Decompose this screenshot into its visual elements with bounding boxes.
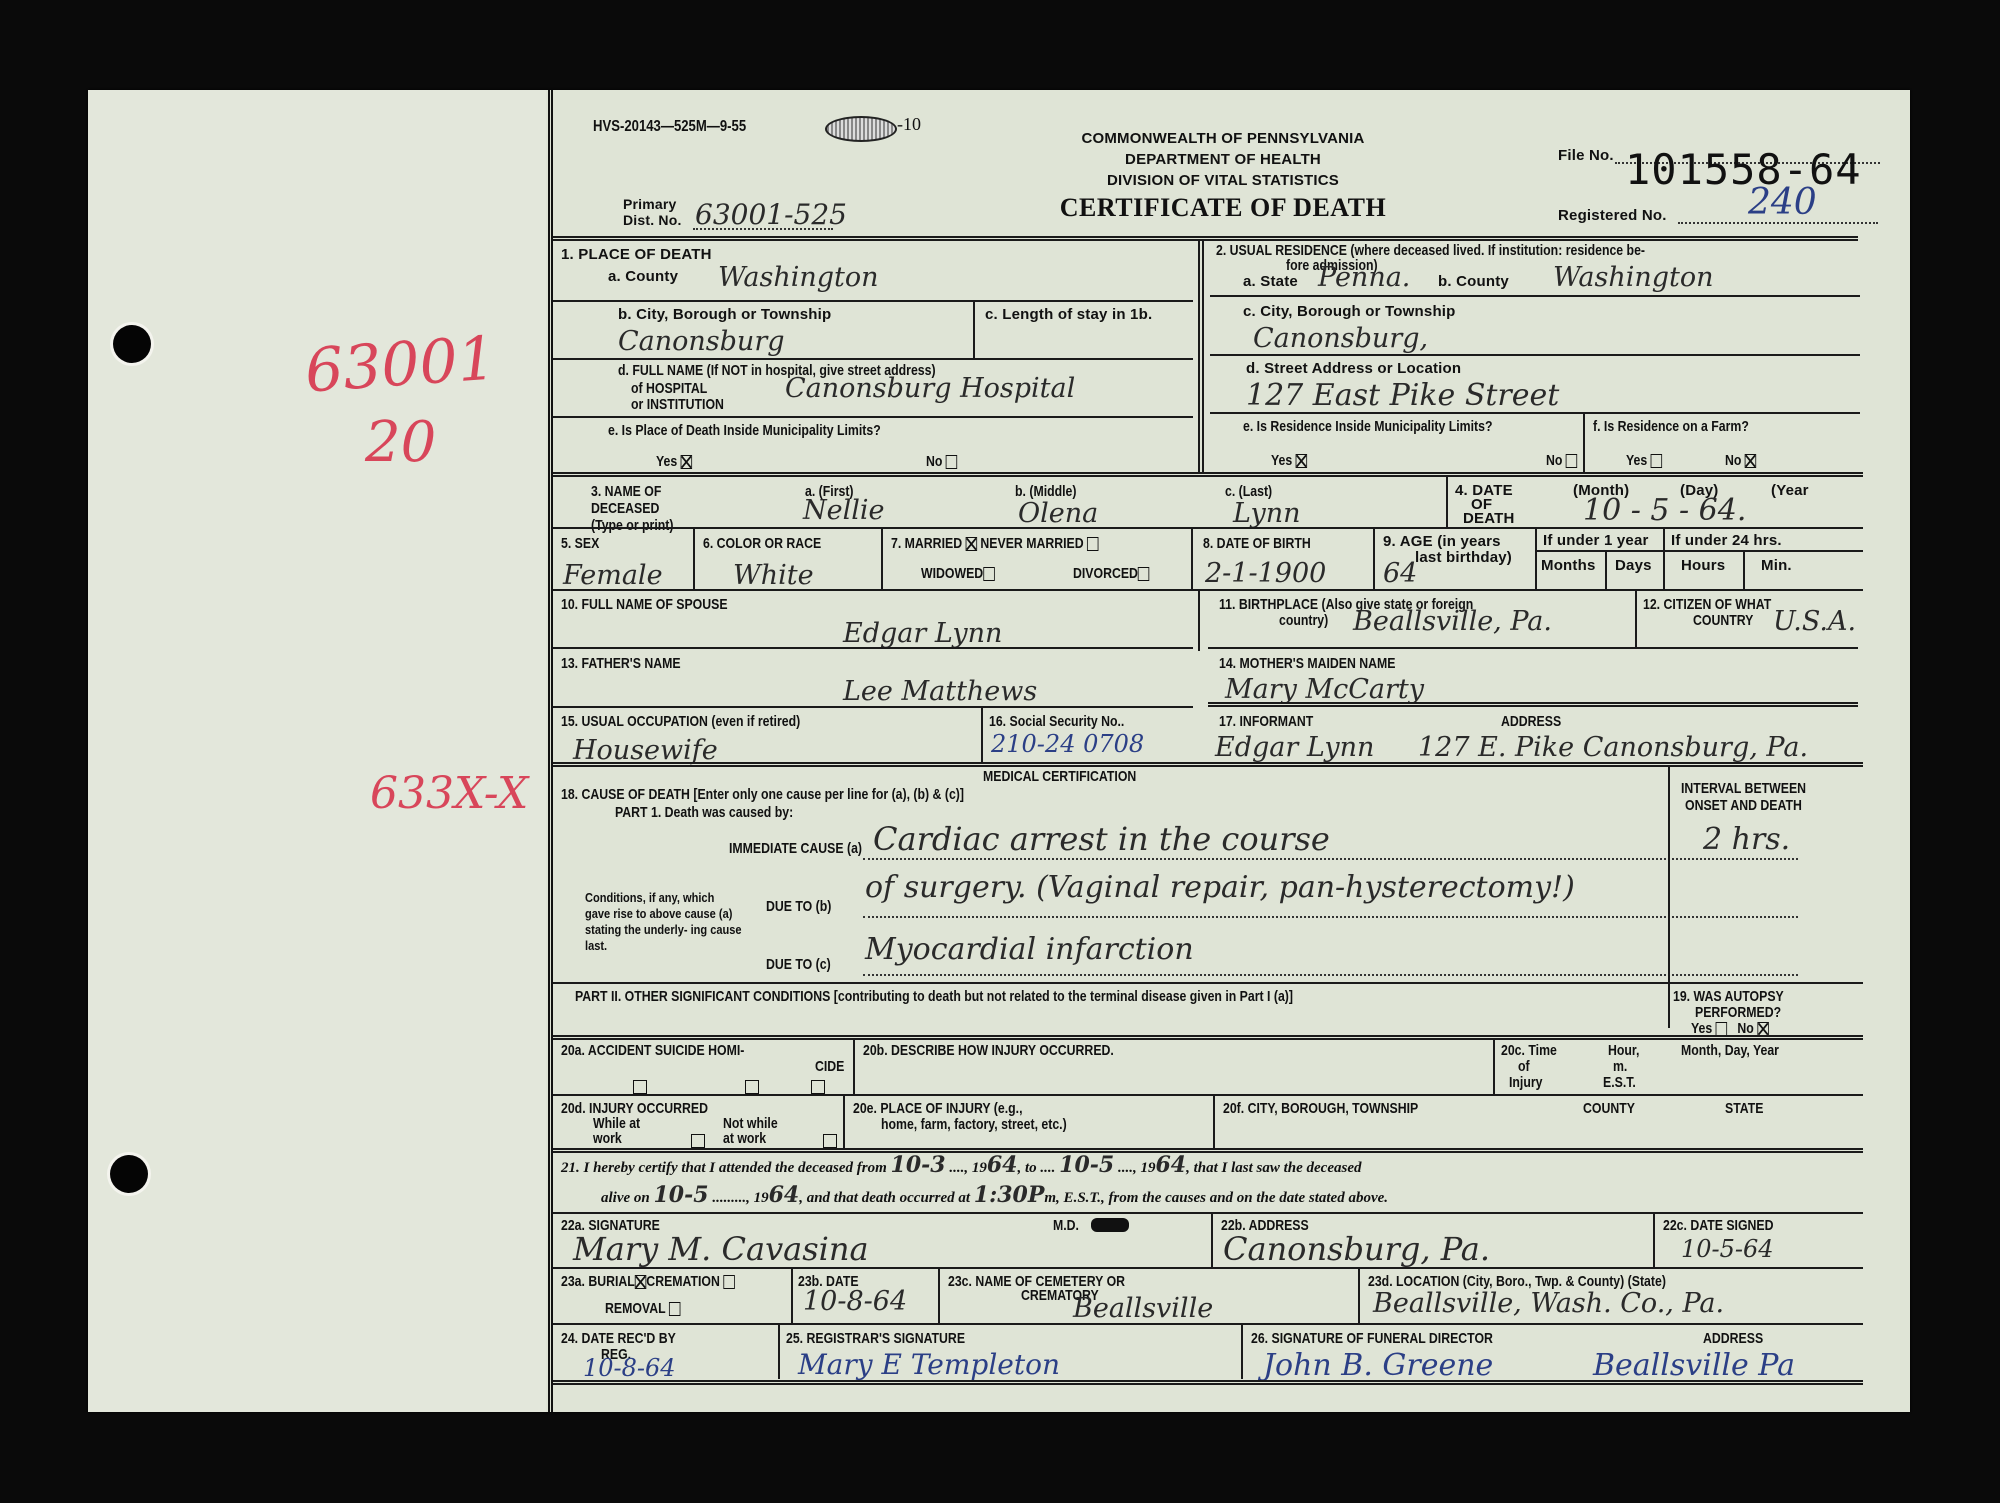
rule: [553, 358, 1193, 360]
no-label: No: [1546, 452, 1562, 469]
rule: [1208, 702, 1858, 707]
rule: [863, 916, 1798, 918]
agency-line-3: DIVISION OF VITAL STATISTICS: [983, 172, 1463, 189]
time-of-injury-label: 20c. Time: [1501, 1042, 1557, 1059]
rule: [791, 1267, 793, 1323]
rule: [553, 1094, 1863, 1096]
death-inside-limits-label: e. Is Place of Death Inside Municipality…: [608, 422, 881, 439]
physician-signature[interactable]: Mary M. Cavasina: [573, 1230, 869, 1268]
removal-checkbox[interactable]: [669, 1302, 680, 1316]
md-label: M.D.: [1053, 1217, 1079, 1234]
age-value[interactable]: 64: [1383, 558, 1417, 589]
rule: [1493, 1038, 1495, 1094]
autopsy-label: 19. WAS AUTOPSY: [1673, 988, 1784, 1005]
death-occurred-label: and that death occurred at: [807, 1190, 970, 1206]
rule: [778, 1323, 780, 1379]
punch-hole: [113, 325, 151, 363]
dob-label: 8. DATE OF BIRTH: [1203, 535, 1311, 552]
res-county-value[interactable]: Washington: [1553, 262, 1714, 293]
union-label-number: -10: [897, 114, 921, 135]
section-rule: [553, 1380, 1863, 1385]
rule: [973, 300, 975, 358]
date-of-death-value[interactable]: 10 - 5 - 64.: [1583, 493, 1746, 528]
death-city-label: b. City, Borough or Township: [618, 306, 831, 323]
funeral-director-label: 26. SIGNATURE OF FUNERAL DIRECTOR: [1251, 1330, 1493, 1347]
hospital-label-2: of HOSPITAL: [631, 380, 707, 397]
rule: [1198, 589, 1200, 651]
rule: [1210, 412, 1860, 414]
occupation-label: 15. USUAL OCCUPATION (even if retired): [561, 713, 800, 730]
registrar-signature[interactable]: Mary E Templeton: [798, 1348, 1060, 1381]
hour-label: Hour,: [1608, 1042, 1639, 1059]
form-number: HVS-20143—525M—9-55: [593, 118, 746, 136]
rule: [553, 1267, 1863, 1269]
rule: [1668, 766, 1670, 1028]
divorced-checkbox[interactable]: [1138, 567, 1149, 581]
m-label: m.: [1613, 1058, 1627, 1075]
race-value[interactable]: White: [733, 560, 814, 591]
min-label: Min.: [1761, 557, 1792, 574]
res-street-label: d. Street Address or Location: [1246, 360, 1461, 377]
rule: [1373, 527, 1375, 589]
death-city-value[interactable]: Canonsburg: [618, 326, 785, 357]
citizen-value[interactable]: U.S.A.: [1773, 606, 1856, 637]
deceased-name-label-3: (Type or print): [591, 517, 673, 534]
divorced-label: DIVORCED: [1073, 565, 1138, 582]
rule: [981, 706, 983, 762]
file-no-label: File No.: [1558, 147, 1614, 164]
burial-label: 23a. BURIAL: [561, 1273, 635, 1290]
homicide-checkbox[interactable]: [811, 1080, 825, 1094]
date-received-value[interactable]: 10-8-64: [583, 1354, 676, 1382]
death-county-value[interactable]: Washington: [718, 262, 879, 293]
res-inside-limits-label: e. Is Residence Inside Municipality Limi…: [1243, 418, 1492, 435]
month-day-year-label: Month, Day, Year: [1681, 1042, 1779, 1059]
punch-hole: [110, 1155, 148, 1193]
sex-value[interactable]: Female: [563, 560, 663, 591]
rule: [1358, 1267, 1360, 1323]
column-divider: [1198, 240, 1204, 472]
death-county-label: a. County: [608, 268, 678, 285]
time-of-injury-label-3: Injury: [1509, 1074, 1542, 1091]
death-inside-limits-yes-checkbox[interactable]: [681, 455, 692, 469]
rule: [1605, 550, 1607, 589]
rule: [863, 858, 1798, 860]
not-while-at-work-label: Not while at work: [723, 1116, 789, 1146]
funeral-address-label: ADDRESS: [1703, 1330, 1763, 1347]
no-label: No: [1725, 452, 1741, 469]
rule: [881, 527, 883, 589]
manner-label: 20a. ACCIDENT SUICIDE HOMI-: [561, 1042, 744, 1059]
registered-no-value: 240: [1748, 182, 1817, 223]
res-farm-label: f. Is Residence on a Farm?: [1593, 418, 1749, 435]
length-of-stay-label: c. Length of stay in 1b.: [985, 306, 1152, 323]
due-to-c-label: DUE TO (c): [766, 956, 831, 973]
deceased-name-label: 3. NAME OF: [591, 483, 661, 500]
due-to-c-value[interactable]: Myocardial infarction: [865, 932, 1194, 967]
res-state-value[interactable]: Penna.: [1318, 262, 1410, 293]
rule: [1191, 527, 1193, 589]
part1-label: PART 1. Death was caused by:: [615, 804, 793, 821]
rule: [553, 706, 1193, 708]
father-value[interactable]: Lee Matthews: [843, 676, 1037, 707]
dob-value[interactable]: 2-1-1900: [1205, 558, 1326, 589]
year-prefix: 19: [972, 1160, 987, 1176]
place-of-injury-label-2: home, farm, factory, street, etc.): [881, 1116, 1067, 1133]
est-text: m, E.S.T., from the causes and on the da…: [1044, 1190, 1388, 1206]
death-inside-limits-no-checkbox[interactable]: [946, 455, 957, 469]
mother-value[interactable]: Mary McCarty: [1225, 674, 1424, 705]
year-prefix: 19: [754, 1190, 769, 1206]
rule: [1210, 354, 1860, 356]
certificate-form: HVS-20143—525M—9-55 -10 COMMONWEALTH OF …: [548, 90, 1910, 1412]
rule: [553, 300, 1193, 302]
yes-label: Yes: [656, 453, 677, 470]
middle-name-value[interactable]: Olena: [1018, 498, 1098, 529]
birthplace-value[interactable]: Beallsville, Pa.: [1353, 606, 1552, 637]
hospital-value[interactable]: Canonsburg Hospital: [785, 373, 1075, 404]
while-at-work-checkbox[interactable]: [691, 1134, 705, 1148]
suicide-checkbox[interactable]: [745, 1080, 759, 1094]
rule: [1208, 647, 1858, 649]
attended-from-value[interactable]: 10-3: [891, 1152, 946, 1178]
manner-label-2: CIDE: [815, 1058, 844, 1075]
alive-on-year[interactable]: 64: [769, 1182, 800, 1208]
while-at-work-label: While at work: [593, 1116, 642, 1146]
part2-label: PART II. OTHER SIGNIFICANT CONDITIONS [c…: [575, 988, 1293, 1005]
cremation-checkbox[interactable]: [723, 1275, 734, 1289]
interval-label-2: ONSET AND DEATH: [1685, 797, 1802, 814]
medical-certification-heading: MEDICAL CERTIFICATION: [983, 768, 1136, 785]
rule: [853, 1038, 855, 1094]
rule: [1213, 1094, 1215, 1150]
section-rule: [553, 472, 1863, 477]
registrar-signature-label: 25. REGISTRAR'S SIGNATURE: [786, 1330, 965, 1347]
certify-text: 21. I hereby certify that I attended the…: [561, 1160, 887, 1176]
attended-to-year[interactable]: 64: [1155, 1152, 1186, 1178]
hospital-label-3: or INSTITUTION: [631, 396, 724, 413]
burial-date-value[interactable]: 10-8-64: [803, 1286, 907, 1317]
margin-district-code: 63001: [303, 323, 498, 406]
citizen-label-2: COUNTRY: [1693, 612, 1753, 629]
yes-label: Yes: [1626, 452, 1647, 469]
time-of-injury-label-2: of: [1518, 1058, 1530, 1075]
informant-address-value[interactable]: 127 E. Pike Canonsburg, Pa.: [1418, 732, 1808, 763]
removal-label: REMOVAL: [605, 1300, 665, 1317]
primary-dist-value: 63001-525: [695, 198, 847, 231]
file-no-value: 101558-64: [1625, 145, 1862, 194]
burial-location-value[interactable]: Beallsville, Wash. Co., Pa.: [1373, 1288, 1724, 1319]
alive-on-value[interactable]: 10-5: [654, 1182, 709, 1208]
redaction-mark: [1091, 1218, 1129, 1232]
injury-county-label: COUNTY: [1583, 1100, 1635, 1117]
rule: [863, 974, 1798, 976]
hours-label: Hours: [1681, 557, 1725, 574]
primary-dist-label-2: Dist. No.: [623, 212, 682, 228]
rule: [1583, 412, 1585, 472]
informant-address-label: ADDRESS: [1501, 713, 1561, 730]
rule: [553, 982, 1863, 984]
cause-of-death-label: 18. CAUSE OF DEATH [Enter only one cause…: [561, 786, 964, 803]
informant-label: 17. INFORMANT: [1219, 713, 1313, 730]
res-county-label: b. County: [1438, 273, 1509, 290]
res-farm-yes-checkbox[interactable]: [1651, 454, 1662, 468]
never-married-label: NEVER MARRIED: [980, 535, 1083, 552]
rule: [1446, 475, 1448, 527]
header-rule: [553, 236, 1858, 241]
yes-label: Yes: [1271, 452, 1292, 469]
widowed-label: WIDOWED: [921, 565, 983, 582]
rule: [1743, 550, 1745, 589]
rule: [693, 527, 695, 589]
rule: [553, 647, 1193, 649]
res-street-value[interactable]: 127 East Pike Street: [1246, 378, 1559, 413]
spouse-label: 10. FULL NAME OF SPOUSE: [561, 596, 728, 613]
rule: [1535, 527, 1537, 589]
section-rule: [553, 762, 1863, 767]
married-checkbox[interactable]: [966, 537, 977, 551]
age-label-2: last birthday): [1415, 549, 1512, 566]
place-of-injury-label: 20e. PLACE OF INJURY (e.g.,: [853, 1100, 1023, 1117]
citizen-label: 12. CITIZEN OF WHAT: [1643, 596, 1771, 613]
father-label: 13. FATHER'S NAME: [561, 655, 681, 672]
interval-label: INTERVAL BETWEEN: [1681, 780, 1806, 797]
autopsy-yes-checkbox[interactable]: [1716, 1022, 1727, 1036]
under-24-hours-label: If under 24 hrs.: [1671, 532, 1782, 549]
attended-from-year[interactable]: 64: [987, 1152, 1018, 1178]
rule: [938, 1267, 940, 1323]
rule: [1241, 1323, 1243, 1379]
interval-value[interactable]: 2 hrs.: [1703, 822, 1790, 857]
immediate-cause-label: IMMEDIATE CAUSE (a): [729, 840, 862, 857]
accident-checkbox[interactable]: [633, 1080, 647, 1094]
to-label: to: [1025, 1160, 1037, 1176]
cremation-label: CREMATION: [646, 1273, 720, 1290]
autopsy-no-checkbox[interactable]: [1757, 1022, 1768, 1036]
funeral-address-value[interactable]: Beallsville Pa: [1593, 1348, 1795, 1383]
ssn-label: 16. Social Security No..: [989, 713, 1124, 730]
physician-address-value[interactable]: Canonsburg, Pa.: [1223, 1230, 1490, 1268]
res-inside-limits-no-checkbox[interactable]: [1566, 454, 1577, 468]
rule: [1653, 1212, 1655, 1267]
no-label: No: [926, 453, 942, 470]
rule: [553, 1323, 1863, 1325]
margin-sub-code: 20: [365, 410, 436, 475]
rule: [553, 527, 1863, 529]
alive-on-label: alive on: [601, 1190, 650, 1206]
deceased-name-label-2: DECEASED: [591, 500, 659, 517]
place-of-death-label: 1. PLACE OF DEATH: [561, 246, 712, 263]
autopsy-label-2: PERFORMED?: [1695, 1004, 1781, 1021]
under-1-year-label: If under 1 year: [1543, 532, 1649, 549]
rule: [1635, 589, 1637, 647]
widowed-checkbox[interactable]: [983, 567, 994, 581]
res-farm-no-checkbox[interactable]: [1745, 454, 1756, 468]
rule: [1535, 550, 1863, 552]
spouse-value[interactable]: Edgar Lynn: [843, 618, 1002, 649]
not-while-at-work-checkbox[interactable]: [823, 1134, 837, 1148]
primary-dist-label: Primary: [623, 196, 677, 212]
months-label: Months: [1541, 557, 1596, 574]
injury-state-label: STATE: [1725, 1100, 1764, 1117]
usual-residence-label: 2. USUAL RESIDENCE (where deceased lived…: [1216, 242, 1645, 259]
birthplace-label-2: country): [1279, 612, 1328, 629]
race-label: 6. COLOR OR RACE: [703, 535, 821, 552]
funeral-director-signature[interactable]: John B. Greene: [1263, 1348, 1493, 1383]
due-to-b-value[interactable]: of surgery. (Vaginal repair, pan-hystere…: [865, 870, 1575, 905]
rule: [553, 416, 1193, 418]
section-rule: [553, 1035, 1863, 1040]
res-inside-limits-yes-checkbox[interactable]: [1296, 454, 1307, 468]
registered-no-label: Registered No.: [1558, 207, 1667, 224]
agency-line-2: DEPARTMENT OF HEALTH: [983, 151, 1463, 168]
rule: [1211, 1212, 1213, 1267]
union-label-icon: [825, 116, 897, 142]
rule: [553, 589, 1863, 591]
attended-to-value[interactable]: 10-5: [1059, 1152, 1114, 1178]
year-prefix: 19: [1140, 1160, 1155, 1176]
injury-city-label: 20f. CITY, BOROUGH, TOWNSHIP: [1223, 1100, 1418, 1117]
date-signed-value[interactable]: 10-5-64: [1681, 1235, 1774, 1263]
last-name-value[interactable]: Lynn: [1233, 498, 1301, 529]
date-of-death-label-3: DEATH: [1463, 510, 1515, 527]
agency-line-1: COMMONWEALTH OF PENNSYLVANIA: [983, 130, 1463, 147]
last-saw-text: that I last saw the deceased: [1194, 1160, 1362, 1176]
first-name-value[interactable]: Nellie: [803, 495, 885, 526]
age-label: 9. AGE (in years: [1383, 533, 1501, 550]
rule: [1663, 527, 1665, 589]
ssn-value[interactable]: 210-24 0708: [991, 730, 1144, 758]
informant-value[interactable]: Edgar Lynn: [1215, 732, 1374, 763]
year-label: (Year: [1771, 482, 1809, 499]
est-label: E.S.T.: [1603, 1074, 1636, 1091]
married-label: 7. MARRIED: [891, 535, 962, 552]
res-state-label: a. State: [1243, 273, 1298, 290]
immediate-cause-value[interactable]: Cardiac arrest in the course: [873, 820, 1330, 858]
margin-classification: 633X-X: [370, 768, 528, 819]
date-signed-label: 22c. DATE SIGNED: [1663, 1217, 1774, 1234]
document-title: CERTIFICATE OF DEATH: [983, 193, 1463, 223]
death-time-value[interactable]: 1:30P: [974, 1182, 1045, 1208]
res-city-value[interactable]: Canonsburg,: [1253, 323, 1428, 354]
sex-label: 5. SEX: [561, 535, 599, 552]
left-stub: [88, 90, 546, 1412]
days-label: Days: [1615, 557, 1652, 574]
cemetery-value[interactable]: Beallsville: [1073, 1293, 1213, 1324]
burial-checkbox[interactable]: [635, 1275, 646, 1289]
due-to-b-label: DUE TO (b): [766, 898, 831, 915]
describe-injury-label: 20b. DESCRIBE HOW INJURY OCCURRED.: [863, 1042, 1114, 1059]
never-married-checkbox[interactable]: [1087, 537, 1098, 551]
rule: [843, 1094, 845, 1150]
rule: [1210, 295, 1860, 297]
mother-label: 14. MOTHER'S MAIDEN NAME: [1219, 655, 1396, 672]
rule: [553, 1212, 1863, 1214]
conditions-note: Conditions, if any, which gave rise to a…: [585, 890, 742, 954]
res-city-label: c. City, Borough or Township: [1243, 303, 1456, 320]
date-received-label: 24. DATE REC'D BY: [561, 1330, 676, 1347]
